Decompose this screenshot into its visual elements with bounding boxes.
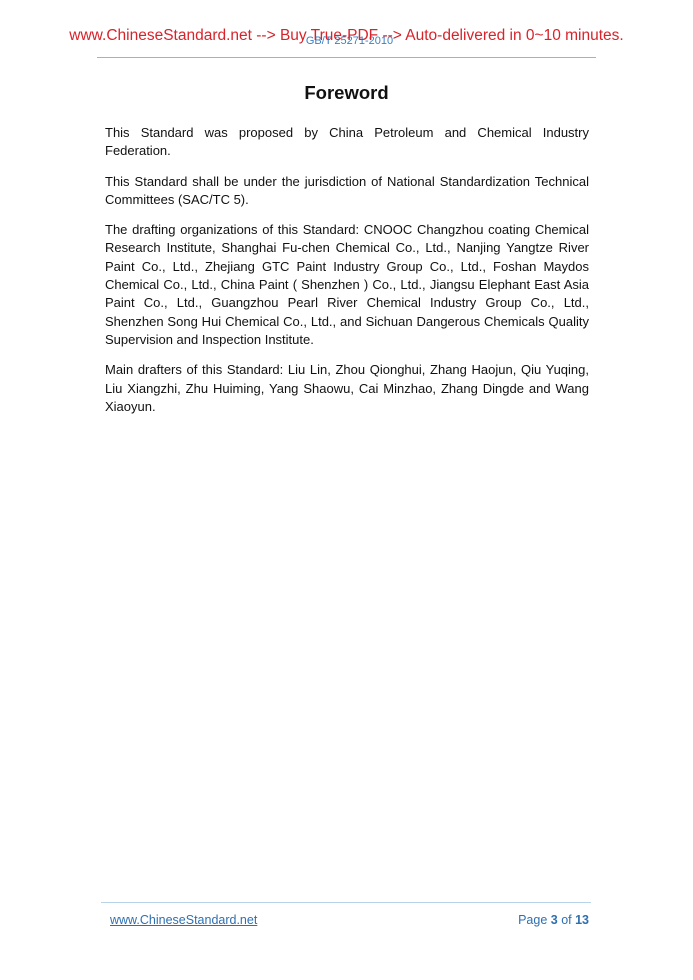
- foreword-body: This Standard was proposed by China Petr…: [105, 124, 589, 428]
- paragraph-main-drafters: Main drafters of this Standard: Liu Lin,…: [105, 361, 589, 416]
- paragraph-jurisdiction: This Standard shall be under the jurisdi…: [105, 173, 589, 210]
- page-label: Page: [518, 913, 551, 927]
- page-of-label: of: [558, 913, 575, 927]
- page-number: Page 3 of 13: [518, 913, 589, 927]
- page-title: Foreword: [0, 82, 693, 104]
- footer-divider: [101, 902, 591, 903]
- paragraph-drafting-organizations: The drafting organizations of this Stand…: [105, 221, 589, 349]
- header-divider: [97, 57, 596, 58]
- promo-banner-link[interactable]: www.ChineseStandard.net --> Buy True-PDF…: [0, 27, 693, 45]
- paragraph-proposal: This Standard was proposed by China Petr…: [105, 124, 589, 161]
- page-total: 13: [575, 913, 589, 927]
- footer-website-link[interactable]: www.ChineseStandard.net: [110, 913, 257, 927]
- page-current: 3: [551, 913, 558, 927]
